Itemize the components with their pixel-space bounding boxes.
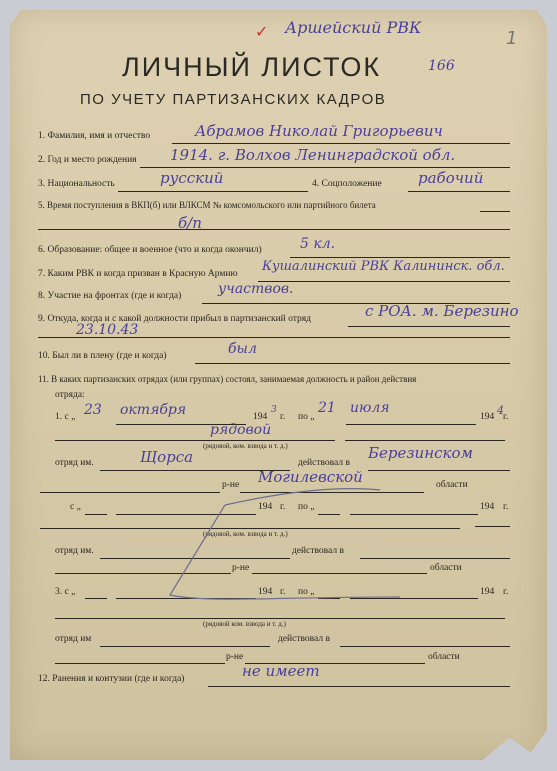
service-2-detachment-label: отряд им.	[55, 546, 94, 556]
field-12-label: 12. Ранения и контузии (где и когда)	[38, 674, 184, 684]
service-3-acted-label: действовал в	[278, 634, 330, 644]
field-7-value: Кушалинский РВК Калининск. обл.	[262, 259, 505, 274]
service-1-detachment: Щорса	[140, 448, 193, 466]
document-subtitle: ПО УЧЕТУ ПАРТИЗАНСКИХ КАДРОВ	[80, 91, 386, 108]
document-title: ЛИЧНЫЙ ЛИСТОК	[122, 52, 381, 83]
service-1-region-label: области	[436, 480, 468, 490]
service-1-acted-label: действовал в	[298, 458, 350, 468]
cross-out-stroke	[150, 485, 410, 615]
service-1-from-year-suffix: 3	[271, 405, 277, 415]
service-1-from-month: октября	[120, 402, 186, 418]
field-11-label: 11. В каких партизанских отрядах (или гр…	[38, 374, 416, 384]
field-1-value: Абрамов Николай Григорьевич	[195, 122, 443, 140]
service-1-to-day: 21	[318, 400, 336, 416]
sheet-number: 166	[428, 58, 455, 74]
field-9-date: 23.10.43	[76, 322, 138, 338]
field-8-value: участвов.	[218, 281, 293, 297]
service-1-to-prefix: по „	[298, 412, 314, 422]
page-number: 1	[506, 28, 517, 49]
field-5-label: 5. Время поступления в ВКП(б) или ВЛКСМ …	[38, 200, 376, 210]
service-1-detachment-label: отряд им.	[55, 458, 94, 468]
service-1-from-year-label: г.	[280, 412, 285, 422]
field-4-value: рабочий	[418, 169, 483, 187]
field-4-label: 4. Соцположение	[312, 179, 382, 189]
service-1-from-year-prefix: 194	[253, 412, 267, 422]
field-8-label: 8. Участие на фронтах (где и когда)	[38, 291, 181, 301]
field-3-label: 3. Национальность	[38, 179, 115, 189]
service-2-to-year-prefix: 194	[480, 502, 494, 512]
service-1-to-month: июля	[350, 400, 390, 416]
red-check-mark-icon: ✓	[255, 22, 268, 42]
service-1-position-hint: (рядовой, ком. взвода и т. д.)	[203, 442, 288, 450]
field-1-label: 1. Фамилия, имя и отчество	[38, 131, 150, 141]
service-1-from-prefix: 1. с „	[55, 412, 75, 422]
field-11-label-2: отряда:	[55, 390, 85, 400]
service-1-from-day: 23	[84, 402, 102, 418]
service-3-position-hint: (рядовой ком. взвода и т. д.)	[203, 620, 286, 628]
field-6-value: 5 кл.	[300, 236, 335, 252]
service-2-to-year-label: г.	[503, 502, 508, 512]
service-3-to-year-prefix: 194	[480, 587, 494, 597]
field-10-label: 10. Был ли в плену (где и когда)	[38, 351, 167, 361]
field-3-value: русский	[160, 169, 223, 187]
service-1-to-year-label: г.	[503, 412, 508, 422]
field-9-value: с РОА. м. Березино	[365, 302, 519, 320]
service-3-from-prefix: 3. с „	[55, 587, 75, 597]
stamp-note: Аршейский РВК	[285, 18, 421, 37]
service-3-detachment-label: отряд им	[55, 634, 91, 644]
service-2-from-prefix: с „	[70, 502, 81, 512]
service-1-to-year-prefix: 194	[480, 412, 494, 422]
service-1-acted-in: Березинском	[368, 444, 473, 462]
field-10-value: был	[228, 341, 257, 357]
field-2-value: 1914. г. Волхов Ленинградской обл.	[170, 146, 455, 164]
field-6-label: 6. Образование: общее и военное (что и к…	[38, 245, 262, 255]
service-3-district-label: р-не	[226, 652, 243, 662]
service-2-region-label: области	[430, 563, 462, 573]
service-1-region: Могилевской	[258, 468, 363, 486]
service-3-region-label: области	[428, 652, 460, 662]
service-3-to-year-label: г.	[503, 587, 508, 597]
field-7-label: 7. Каким РВК и когда призван в Красную А…	[38, 269, 238, 279]
field-12-value: не имеет	[242, 662, 320, 680]
service-1-position: рядовой	[210, 422, 271, 438]
field-2-label: 2. Год и место рождения	[38, 155, 137, 165]
